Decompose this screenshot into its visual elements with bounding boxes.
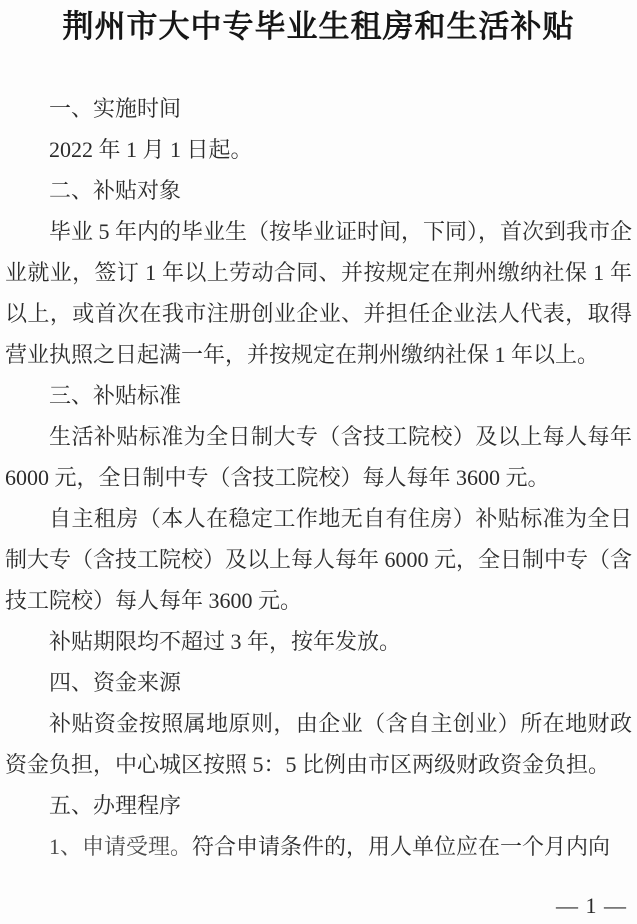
paragraph-living-subsidy: 生活补贴标准为全日制大专（含技工院校）及以上每人每年 6000 元，全日制中专（… — [5, 416, 632, 498]
document-page: 荆州市大中专毕业生租房和生活补贴 一、实施时间 2022 年 1 月 1 日起。… — [0, 0, 637, 924]
paragraph-eligibility: 毕业 5 年内的毕业生（按毕业证时间，下同），首次到我市企业就业，签订 1 年以… — [5, 211, 632, 375]
paragraph-start-date: 2022 年 1 月 1 日起。 — [5, 129, 632, 170]
section-heading-funding-source: 四、资金来源 — [5, 662, 632, 703]
paragraph-rent-subsidy: 自主租房（本人在稳定工作地无自有住房）补贴标准为全日制大专（含技工院校）及以上每… — [5, 498, 632, 621]
paragraph-funding: 补贴资金按照属地原则，由企业（含自主创业）所在地财政资金负担，中心城区按照 5：… — [5, 703, 632, 785]
section-heading-subsidy-targets: 二、补贴对象 — [5, 170, 632, 211]
paragraph-application-lead: 1、申请受理。 — [49, 834, 192, 859]
document-body: 一、实施时间 2022 年 1 月 1 日起。 二、补贴对象 毕业 5 年内的毕… — [5, 88, 632, 867]
document-title: 荆州市大中专毕业生租房和生活补贴 — [5, 6, 632, 48]
paragraph-application: 1、申请受理。符合申请条件的，用人单位应在一个月内向 — [5, 826, 632, 867]
section-heading-subsidy-standard: 三、补贴标准 — [5, 375, 632, 416]
paragraph-application-text: 符合申请条件的，用人单位应在一个月内向 — [192, 834, 610, 859]
paragraph-subsidy-duration: 补贴期限均不超过 3 年，按年发放。 — [5, 621, 632, 662]
section-heading-implementation-time: 一、实施时间 — [5, 88, 632, 129]
page-number: — 1 — — [556, 894, 627, 918]
section-heading-procedure: 五、办理程序 — [5, 785, 632, 826]
